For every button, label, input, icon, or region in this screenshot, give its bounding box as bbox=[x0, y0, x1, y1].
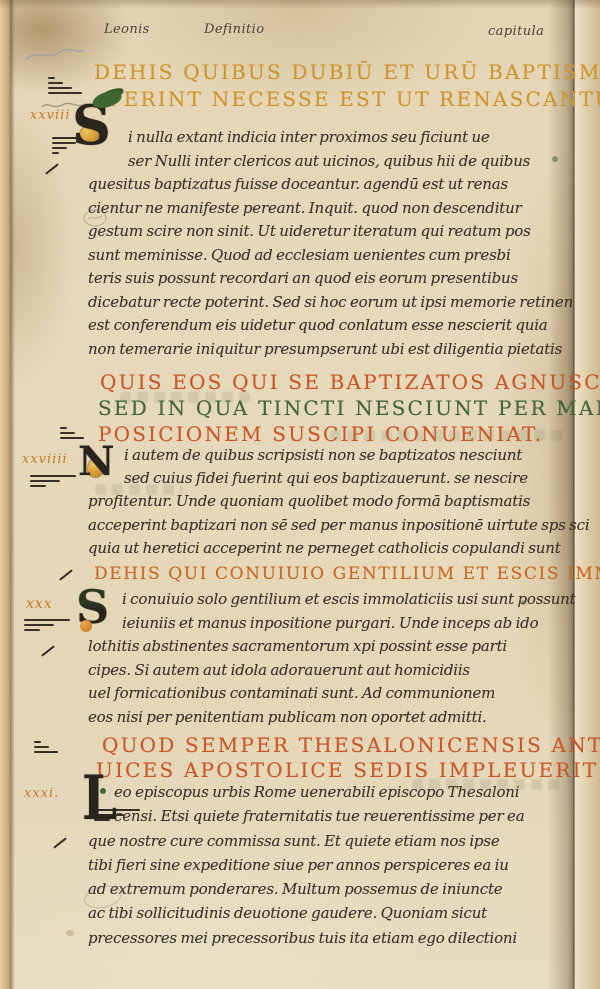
initial-orange-ball bbox=[80, 620, 92, 632]
flourish-tick bbox=[53, 837, 67, 848]
decorated-initial: L bbox=[82, 768, 117, 829]
chapter-heading-line: QUOD SEMPER THESALONICENSIS ANTESTES bbox=[102, 733, 600, 757]
body-text-line: que nostre cure commissa sunt. Et quiete… bbox=[88, 829, 590, 853]
body-text-line: tibi fieri sine expeditione siue per ann… bbox=[88, 853, 590, 877]
body-text-line: ac tibi sollicitudinis deuotione gaudere… bbox=[88, 901, 590, 925]
body-text-line: censi. Etsi quiete fraternitatis tue reu… bbox=[88, 804, 590, 828]
manuscript-page: Leonis Definitio capitula DEHIS QUIBUS D… bbox=[0, 0, 600, 989]
body-text-line: ad extremum ponderares. Multum possemus … bbox=[88, 877, 590, 901]
decorated-initial: N bbox=[78, 442, 115, 482]
body-text-line: precessores mei precessoribus tuis ita e… bbox=[88, 926, 590, 950]
body-text-line: eo episcopus urbis Rome uenerabili episc… bbox=[88, 780, 590, 804]
chapter-number: xxxi. bbox=[24, 786, 59, 801]
paragraph-flourish bbox=[34, 738, 58, 753]
body-paragraph: eo episcopus urbis Rome uenerabili episc… bbox=[88, 780, 590, 950]
chapter-heading-line: UICES APOSTOLICE SEDIS IMPLEUERIT bbox=[96, 758, 598, 782]
